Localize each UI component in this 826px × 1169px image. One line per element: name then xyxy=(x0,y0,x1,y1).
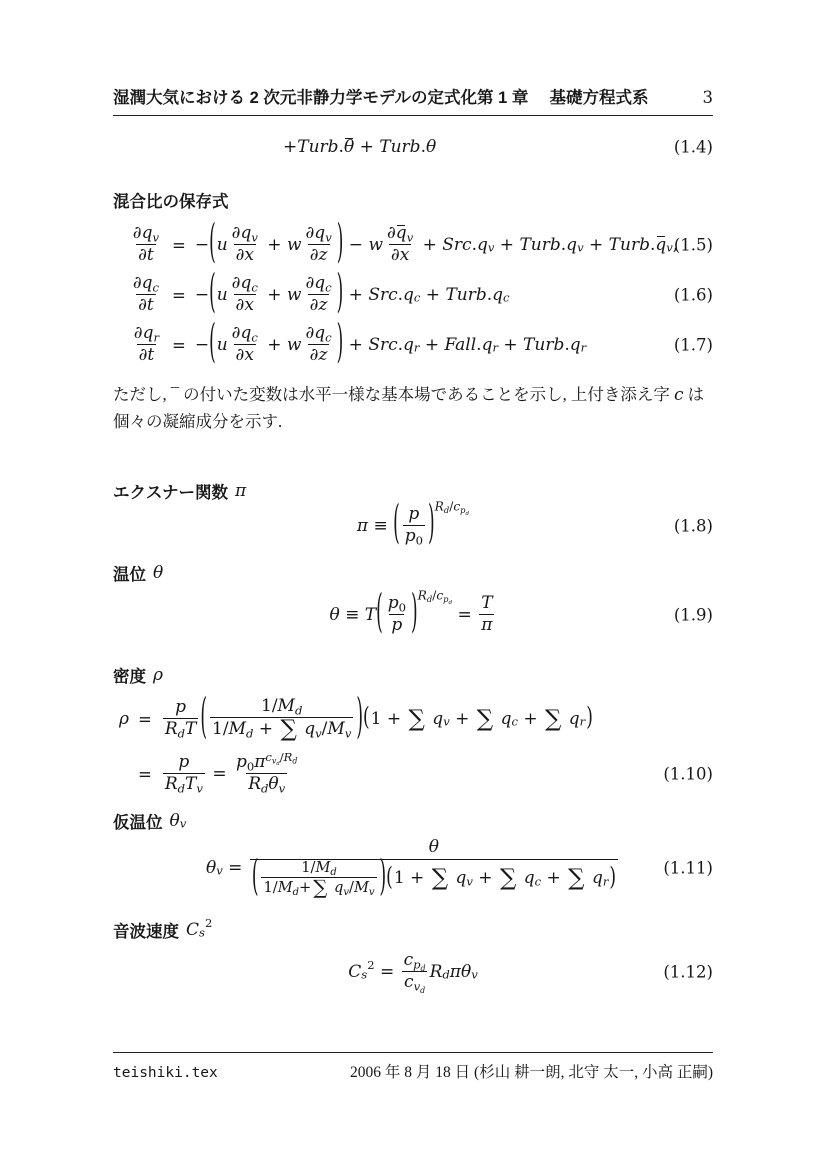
equation-1-6-lhs: ∂qc∂t xyxy=(113,274,163,317)
equation-1-8-number: (1.8) xyxy=(674,517,713,536)
document-page: 湿潤大気における 2 次元非静力学モデルの定式化第 1 章 基礎方程式系 3 +… xyxy=(0,0,826,1169)
equation-1-10-block: ρ = pRdT(1/Md1/Md + ∑ qv/Mv)(1 + ∑ qv + … xyxy=(113,692,713,802)
equation-1-10-lhs: ρ xyxy=(113,709,129,729)
equation-1-7-number: (1.7) xyxy=(674,336,713,355)
section-label: 温位 xyxy=(113,561,146,585)
equation-1-7: ∂qr∂t = −(u∂qc∂x + w∂qc∂z) + Src.qr + Fa… xyxy=(113,322,713,368)
equation-1-12: Cs2 = cpdcvdRdπθv (1.12) xyxy=(113,944,713,1000)
footer-date-authors: 2006 年 8 月 18 日 (杉山 耕一朗, 北守 太一, 小高 正嗣) xyxy=(350,1060,713,1082)
equation-1-8-body: π ≡ (pp0)Rd/cpd xyxy=(357,505,469,548)
equation-1-9-block: θ ≡ T(p0p)Rd/cpd = Tπ (1.9) xyxy=(113,584,713,646)
equation-1-9-number: (1.9) xyxy=(674,606,713,625)
equation-1-6-rhs: −(u∂qc∂x + w∂qc∂z) + Src.qc + Turb.qc xyxy=(195,274,510,317)
equation-1-5-rel: = xyxy=(172,236,186,255)
equation-1-10-number: (1.10) xyxy=(663,765,713,784)
section-symbol: θv xyxy=(170,811,187,831)
section-symbol: θ xyxy=(153,563,163,583)
equation-1-12-number: (1.12) xyxy=(663,963,713,982)
header-title: 湿潤大気における 2 次元非静力学モデルの定式化第 1 章 基礎方程式系 xyxy=(113,84,648,108)
equation-1-6: ∂qc∂t = −(u∂qc∂x + w∂qc∂z) + Src.qc + Tu… xyxy=(113,272,713,318)
equation-1-7-rhs: −(u∂qc∂x + w∂qc∂z) + Src.qr + Fall.qr + … xyxy=(195,324,586,367)
equation-1-12-block: Cs2 = cpdcvdRdπθv (1.12) xyxy=(113,944,713,1000)
equation-1-9: θ ≡ T(p0p)Rd/cpd = Tπ (1.9) xyxy=(113,584,713,646)
section-label: 仮温位 xyxy=(113,809,163,833)
equation-1-6-number: (1.6) xyxy=(674,286,713,305)
page-number: 3 xyxy=(703,88,714,107)
equation-1-9-body: θ ≡ T(p0p)Rd/cpd = Tπ xyxy=(329,594,496,637)
equation-1-10-rhs1: pRdT(1/Md1/Md + ∑ qv/Mv)(1 + ∑ qv + ∑ qc… xyxy=(161,697,593,742)
section-heading-virtual: 仮温位 θv xyxy=(113,809,186,833)
body-paragraph: ただし, ¯ の付いた変数は水平一様な基本場であることを示し, 上付き添え字 c… xyxy=(113,381,716,436)
equation-1-11-number: (1.11) xyxy=(663,859,713,878)
equation-1-6-rel: = xyxy=(172,286,186,305)
paragraph-text-1: ただし, ¯ の付いた変数は水平一様な基本場であることを示し, 上付き添え字 xyxy=(113,385,674,404)
section-symbol: ρ xyxy=(153,665,163,685)
equation-1-4: +Turb.θ + Turb.θ (1.4) xyxy=(113,134,713,160)
equation-align-block: ∂qv∂t = −(u∂qv∂x + w∂qv∂z) − w∂qv∂x + Sr… xyxy=(113,222,713,372)
equation-1-5-rhs: −(u∂qv∂x + w∂qv∂z) − w∂qv∂x + Src.qv + T… xyxy=(195,224,678,267)
paragraph-inline-math: c xyxy=(674,385,684,405)
section-label: 密度 xyxy=(113,663,146,687)
equation-1-10-rel: = xyxy=(138,710,152,729)
section-label: 混合比の保存式 xyxy=(113,188,229,212)
equation-1-11-body: θv = θ(1/Md1/Md+∑ qv/Mv)(1 + ∑ qv + ∑ qc… xyxy=(206,838,620,898)
equation-1-10-row1: ρ = pRdT(1/Md1/Md + ∑ qv/Mv)(1 + ∑ qv + … xyxy=(113,692,713,746)
equation-1-10-rel2: = xyxy=(138,765,152,784)
section-heading-mixing: 混合比の保存式 xyxy=(113,188,229,212)
section-heading-density: 密度 ρ xyxy=(113,663,163,687)
page-footer: teishiki.tex 2006 年 8 月 18 日 (杉山 耕一朗, 北守… xyxy=(113,1052,713,1082)
section-heading-pottemp: 温位 θ xyxy=(113,561,163,585)
equation-1-5-number: (1.5) xyxy=(674,236,713,255)
running-header: 湿潤大気における 2 次元非静力学モデルの定式化第 1 章 基礎方程式系 3 xyxy=(113,84,713,116)
equation-1-8-block: π ≡ (pp0)Rd/cpd (1.8) xyxy=(113,496,713,556)
section-symbol: Cs2 xyxy=(186,920,212,940)
equation-1-4-body: +Turb.θ + Turb.θ xyxy=(283,137,436,157)
equation-1-4-block: +Turb.θ + Turb.θ (1.4) xyxy=(113,134,713,160)
equation-1-11-block: θv = θ(1/Md1/Md+∑ qv/Mv)(1 + ∑ qv + ∑ qc… xyxy=(113,832,713,904)
footer-filename: teishiki.tex xyxy=(113,1065,218,1081)
section-heading-sound: 音波速度 Cs2 xyxy=(113,918,212,942)
equation-1-7-lhs: ∂qr∂t xyxy=(113,324,163,367)
equation-1-8: π ≡ (pp0)Rd/cpd (1.8) xyxy=(113,496,713,556)
section-label: 音波速度 xyxy=(113,918,179,942)
equation-1-10-rhs2: pRdTv = p0πcvd/RdRdθv xyxy=(161,753,302,796)
equation-1-12-body: Cs2 = cpdcvdRdπθv xyxy=(348,951,478,994)
equation-1-7-rel: = xyxy=(172,336,186,355)
equation-1-11: θv = θ(1/Md1/Md+∑ qv/Mv)(1 + ∑ qv + ∑ qc… xyxy=(113,832,713,904)
equation-1-5-lhs: ∂qv∂t xyxy=(113,224,163,267)
equation-1-10-row2: = pRdTv = p0πcvd/RdRdθv (1.10) xyxy=(113,750,713,798)
equation-1-4-number: (1.4) xyxy=(674,138,713,157)
equation-1-5: ∂qv∂t = −(u∂qv∂x + w∂qv∂z) − w∂qv∂x + Sr… xyxy=(113,222,713,268)
